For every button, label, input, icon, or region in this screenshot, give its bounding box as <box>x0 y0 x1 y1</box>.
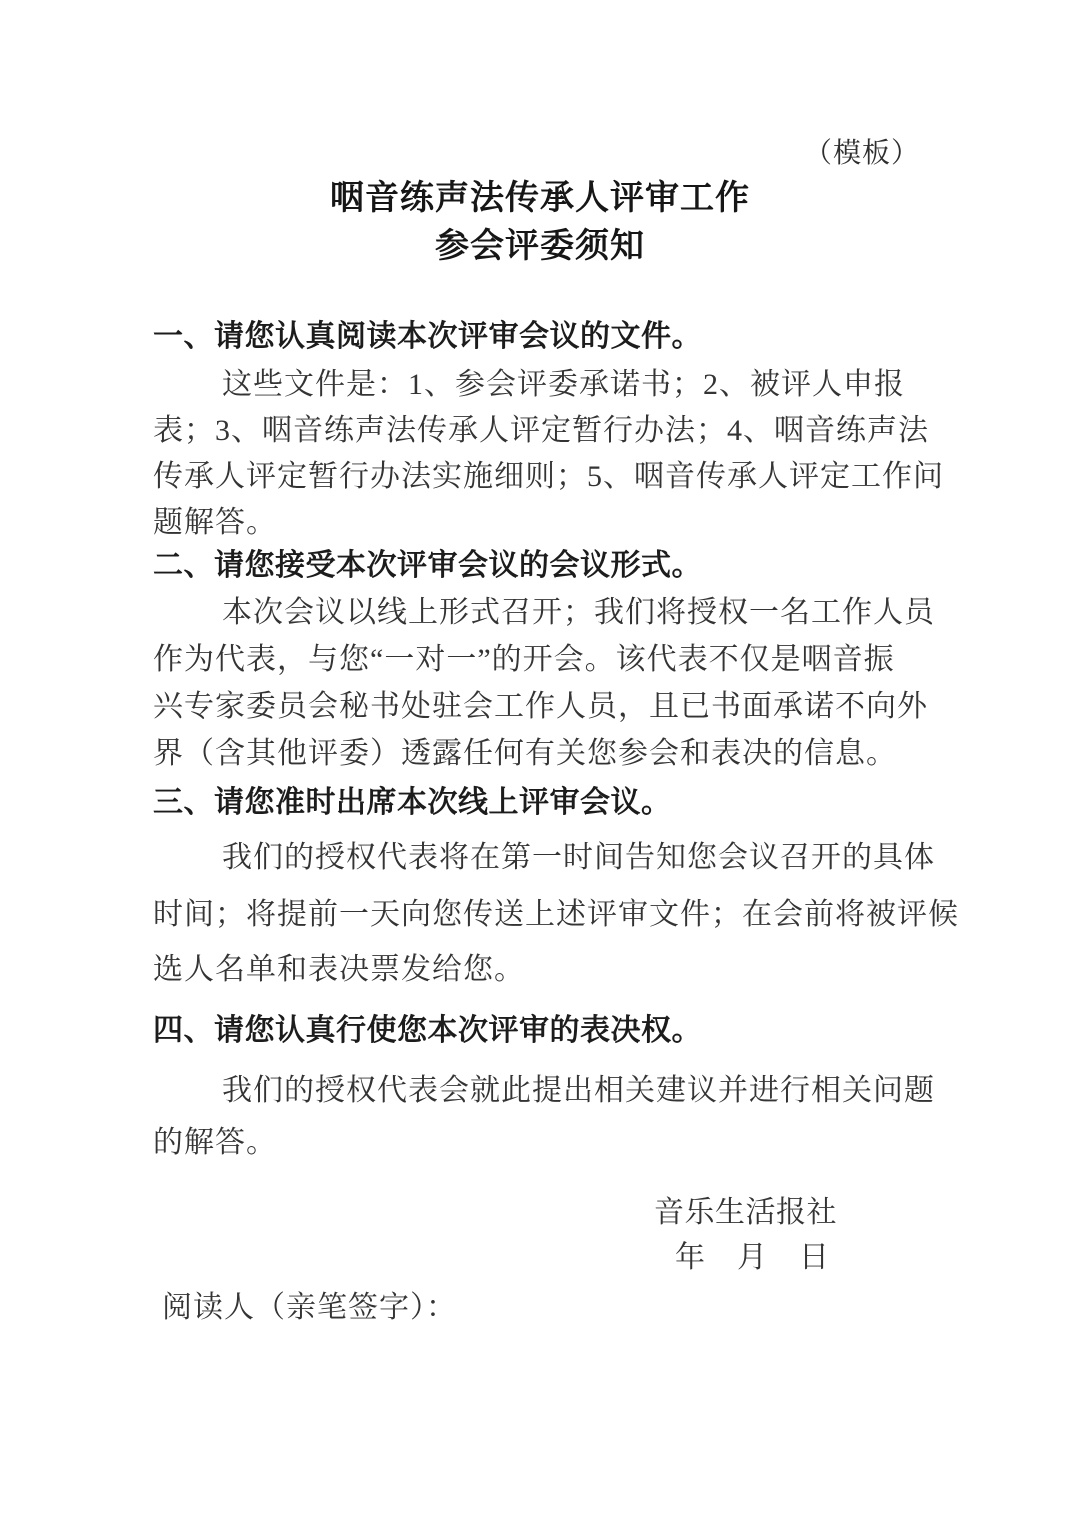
template-badge: （模板） <box>804 139 920 170</box>
document-page: （模板） 咽音练声法传承人评审工作 参会评委须知 一、请您认真阅读本次评审会议的… <box>0 0 1080 1527</box>
section-4-heading: 四、请您认真行使您本次评审的表决权。 <box>153 1014 702 1047</box>
section-1-line-2: 表；3、咽音练声法传承人评定暂行办法；4、咽音练声法 <box>153 414 929 447</box>
section-1-line-4: 题解答。 <box>153 506 277 539</box>
section-2-line-3: 兴专家委员会秘书处驻会工作人员，且已书面承诺不向外 <box>153 690 928 723</box>
section-2-line-1: 本次会议以线上形式召开；我们将授权一名工作人员 <box>153 596 935 629</box>
issuer-name: 音乐生活报社 <box>654 1196 837 1229</box>
section-4-line-1: 我们的授权代表会就此提出相关建议并进行相关问题 <box>153 1074 935 1107</box>
section-3-line-1: 我们的授权代表将在第一时间告知您会议召开的具体 <box>153 841 935 874</box>
section-3-line-3: 选人名单和表决票发给您。 <box>153 953 525 986</box>
section-2-line-4: 界（含其他评委）透露任何有关您参会和表决的信息。 <box>153 737 897 770</box>
doc-title-line-2: 参会评委须知 <box>0 228 1080 265</box>
section-3-line-2: 时间；将提前一天向您传送上述评审文件；在会前将被评候 <box>153 898 959 931</box>
doc-title-line-1: 咽音练声法传承人评审工作 <box>0 180 1080 217</box>
section-1-line-3: 传承人评定暂行办法实施细则；5、咽音传承人评定工作问 <box>153 460 944 493</box>
section-2-line-2: 作为代表，与您“一对一”的开会。该代表不仅是咽音振 <box>153 643 895 676</box>
section-3-heading: 三、请您准时出席本次线上评审会议。 <box>153 786 672 819</box>
section-1-heading: 一、请您认真阅读本次评审会议的文件。 <box>153 320 702 353</box>
section-2-heading: 二、请您接受本次评审会议的会议形式。 <box>153 549 702 582</box>
section-1-line-1: 这些文件是：1、参会评委承诺书；2、被评人申报 <box>153 368 905 401</box>
date-line: 年 月 日 <box>675 1241 830 1274</box>
reader-signature-label: 阅读人（亲笔签字）： <box>162 1291 457 1324</box>
section-4-line-2: 的解答。 <box>153 1126 277 1159</box>
